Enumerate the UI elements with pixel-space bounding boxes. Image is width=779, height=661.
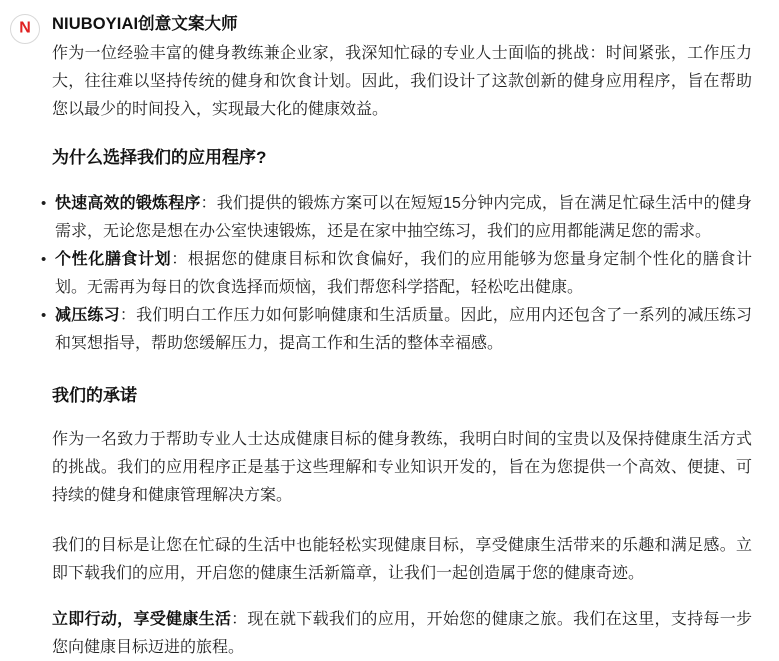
cta-paragraph: 立即行动，享受健康生活：现在就下载我们的应用，开始您的健康之旅。我们在这里，支持…	[52, 606, 752, 661]
feature-item-body: 快速高效的锻炼程序：我们提供的锻炼方案可以在短短15分钟内完成，旨在满足忙碌生活…	[55, 190, 752, 246]
feature-item-meal-plan: • 个性化膳食计划：根据您的健康目标和饮食偏好，我们的应用能够为您量身定制个性化…	[52, 246, 752, 302]
feature-title: 个性化膳食计划	[55, 251, 171, 268]
promise-paragraph-1: 作为一名致力于帮助专业人士达成健康目标的健身教练，我明白时间的宝贵以及保持健康生…	[52, 426, 752, 510]
heading-our-promise: 我们的承诺	[52, 384, 752, 408]
bullet-marker-icon: •	[41, 302, 55, 358]
bullet-marker-icon: •	[41, 246, 55, 302]
bot-avatar-letter-icon: N	[19, 21, 31, 37]
feature-item-body: 个性化膳食计划：根据您的健康目标和饮食偏好，我们的应用能够为您量身定制个性化的膳…	[55, 246, 752, 302]
bot-name: NIUBOYIAI创意文案大师	[52, 12, 752, 36]
message-content: NIUBOYIAI创意文案大师 作为一位经验丰富的健身教练兼企业家，我深知忙碌的…	[52, 12, 752, 661]
promise-paragraph-2: 我们的目标是让您在忙碌的生活中也能轻松实现健康目标，享受健康生活带来的乐趣和满足…	[52, 532, 752, 588]
intro-paragraph: 作为一位经验丰富的健身教练兼企业家，我深知忙碌的专业人士面临的挑战：时间紧张，工…	[52, 40, 752, 124]
feature-item-body: 减压练习：我们明白工作压力如何影响健康和生活质量。因此，应用内还包含了一系列的减…	[55, 302, 752, 358]
heading-why-choose: 为什么选择我们的应用程序?	[52, 146, 752, 170]
bullet-marker-icon: •	[41, 190, 55, 246]
bot-avatar[interactable]: N	[10, 14, 40, 44]
feature-list: • 快速高效的锻炼程序：我们提供的锻炼方案可以在短短15分钟内完成，旨在满足忙碌…	[52, 190, 752, 358]
chat-message: N NIUBOYIAI创意文案大师 作为一位经验丰富的健身教练兼企业家，我深知忙…	[0, 0, 779, 661]
feature-title: 快速高效的锻炼程序	[55, 195, 201, 212]
feature-description: ：我们明白工作压力如何影响健康和生活质量。因此，应用内还包含了一系列的减压练习和…	[55, 307, 752, 352]
feature-item-workout: • 快速高效的锻炼程序：我们提供的锻炼方案可以在短短15分钟内完成，旨在满足忙碌…	[52, 190, 752, 246]
cta-title: 立即行动，享受健康生活	[52, 611, 231, 628]
feature-title: 减压练习	[55, 307, 120, 324]
feature-item-stress-relief: • 减压练习：我们明白工作压力如何影响健康和生活质量。因此，应用内还包含了一系列…	[52, 302, 752, 358]
